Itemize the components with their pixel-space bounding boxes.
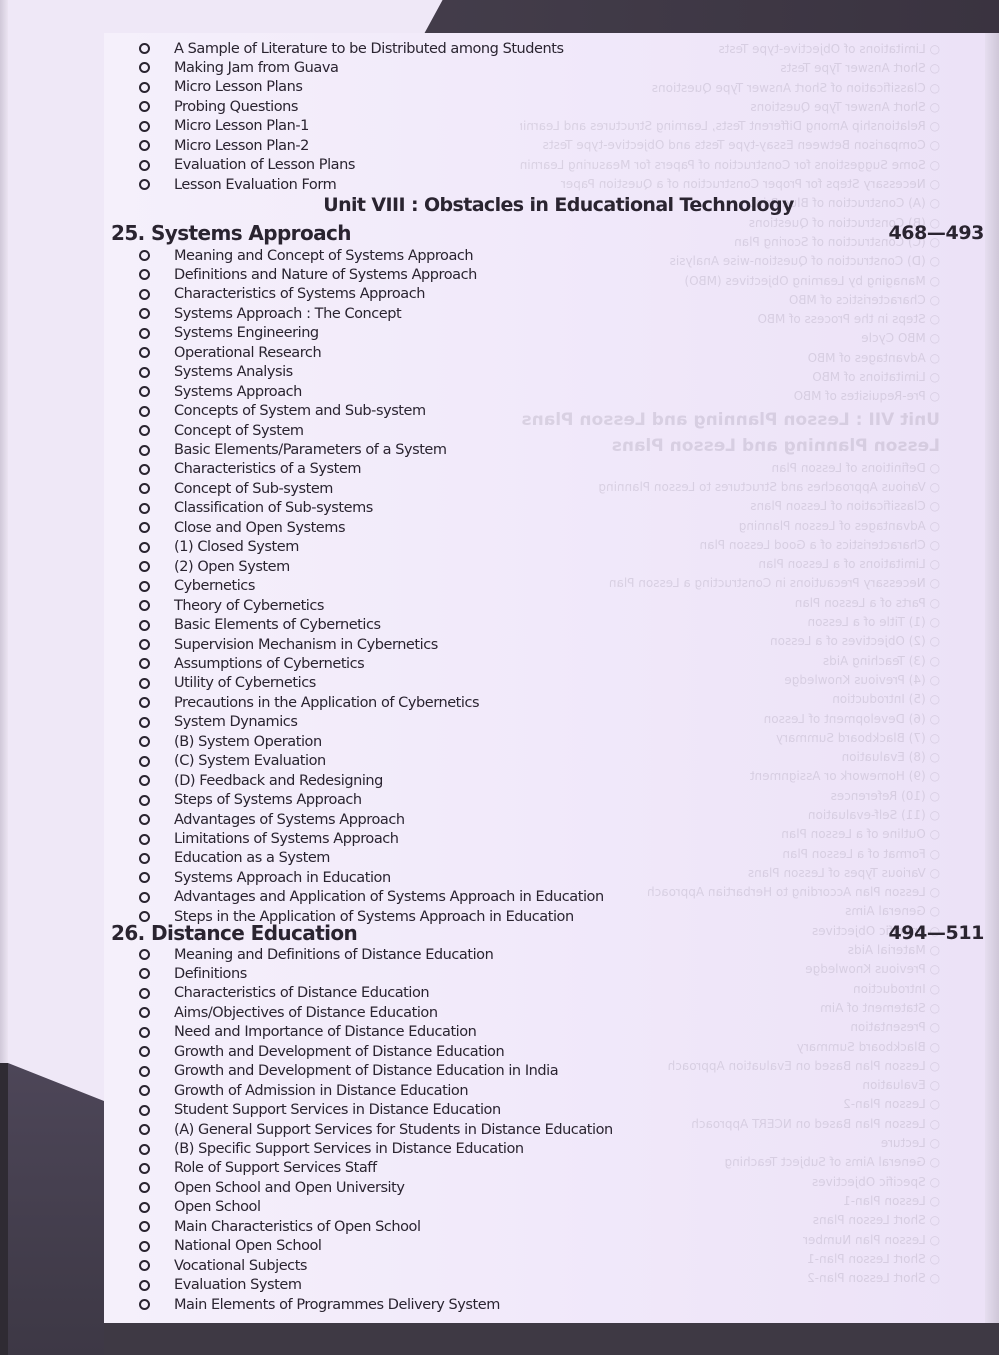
toc-entry: Micro Lesson Plans <box>139 78 302 97</box>
circle-bullet-icon <box>139 1105 150 1116</box>
toc-entry-label: Advantages and Application of Systems Ap… <box>174 889 604 905</box>
toc-entry: Meaning and Concept of Systems Approach <box>139 246 473 265</box>
toc-entry: Systems Approach <box>139 382 302 401</box>
circle-bullet-icon <box>139 289 150 300</box>
toc-entry: Concept of System <box>139 421 304 440</box>
toc-entry: Growth and Development of Distance Educa… <box>139 1062 558 1081</box>
toc-entry: A Sample of Literature to be Distributed… <box>139 39 564 58</box>
toc-entry: Operational Research <box>139 343 321 362</box>
circle-bullet-icon <box>139 600 150 611</box>
toc-entry: Evaluation of Lesson Plans <box>139 156 355 175</box>
toc-entry-label: Concept of System <box>174 423 304 439</box>
circle-bullet-icon <box>139 308 150 319</box>
toc-entry: Meaning and Definitions of Distance Educ… <box>139 945 493 964</box>
circle-bullet-icon <box>139 581 150 592</box>
toc-entry-label: Growth of Admission in Distance Educatio… <box>174 1083 468 1099</box>
circle-bullet-icon <box>139 62 150 73</box>
toc-entry-label: Micro Lesson Plan-1 <box>174 118 309 134</box>
toc-entry-label: Basic Elements of Cybernetics <box>174 617 381 633</box>
toc-entry: Definitions and Nature of Systems Approa… <box>139 265 477 284</box>
toc-entry-label: Open School and Open University <box>174 1180 405 1196</box>
toc-entry-label: Need and Importance of Distance Educatio… <box>174 1024 476 1040</box>
toc-entry: Supervision Mechanism in Cybernetics <box>139 635 438 654</box>
toc-entry: (B) Specific Support Services in Distanc… <box>139 1140 524 1159</box>
toc-entry-label: Concept of Sub-system <box>174 481 333 497</box>
toc-entry: Systems Engineering <box>139 324 319 343</box>
toc-entry: (2) Open System <box>139 557 290 576</box>
toc-entry: Growth and Development of Distance Educa… <box>139 1042 504 1061</box>
circle-bullet-icon <box>139 814 150 825</box>
toc-entry: Student Support Services in Distance Edu… <box>139 1101 501 1120</box>
circle-bullet-icon <box>139 1027 150 1038</box>
toc-entry: Basic Elements/Parameters of a System <box>139 441 447 460</box>
table-of-contents: Unit VIII : Obstacles in Educational Tec… <box>0 0 999 1355</box>
circle-bullet-icon <box>139 1280 150 1291</box>
circle-bullet-icon <box>139 503 150 514</box>
toc-entry-label: Precautions in the Application of Cybern… <box>174 695 479 711</box>
circle-bullet-icon <box>139 347 150 358</box>
circle-bullet-icon <box>139 140 150 151</box>
circle-bullet-icon <box>139 620 150 631</box>
toc-entry: Steps of Systems Approach <box>139 791 362 810</box>
circle-bullet-icon <box>139 179 150 190</box>
circle-bullet-icon <box>139 483 150 494</box>
toc-entry-label: Systems Approach in Education <box>174 870 391 886</box>
toc-entry: Characteristics of a System <box>139 460 361 479</box>
toc-entry: Main Characteristics of Open School <box>139 1217 421 1236</box>
circle-bullet-icon <box>139 386 150 397</box>
toc-entry: Assumptions of Cybernetics <box>139 654 364 673</box>
circle-bullet-icon <box>139 1007 150 1018</box>
circle-bullet-icon <box>139 425 150 436</box>
toc-entry: (C) System Evaluation <box>139 752 326 771</box>
circle-bullet-icon <box>139 82 150 93</box>
toc-entry-label: Cybernetics <box>174 578 255 594</box>
circle-bullet-icon <box>139 1066 150 1077</box>
circle-bullet-icon <box>139 678 150 689</box>
circle-bullet-icon <box>139 1260 150 1271</box>
circle-bullet-icon <box>139 464 150 475</box>
toc-entry: Systems Analysis <box>139 363 293 382</box>
toc-entry-label: Definitions <box>174 966 247 982</box>
toc-entry-label: Characteristics of Distance Education <box>174 985 429 1001</box>
circle-bullet-icon <box>139 445 150 456</box>
toc-entry: Close and Open Systems <box>139 518 345 537</box>
circle-bullet-icon <box>139 988 150 999</box>
toc-entry: Systems Approach in Education <box>139 868 391 887</box>
circle-bullet-icon <box>139 367 150 378</box>
toc-entry-label: Systems Engineering <box>174 325 319 341</box>
toc-entry: Precautions in the Application of Cybern… <box>139 693 479 712</box>
circle-bullet-icon <box>139 1221 150 1232</box>
circle-bullet-icon <box>139 542 150 553</box>
toc-entry: Characteristics of Distance Education <box>139 984 429 1003</box>
toc-entry: Concepts of System and Sub-system <box>139 402 426 421</box>
toc-entry-label: Characteristics of a System <box>174 461 361 477</box>
circle-bullet-icon <box>139 795 150 806</box>
toc-entry: Advantages of Systems Approach <box>139 810 405 829</box>
toc-entry-label: Definitions and Nature of Systems Approa… <box>174 267 477 283</box>
toc-entry-label: Micro Lesson Plans <box>174 79 302 95</box>
toc-entry: Cybernetics <box>139 577 255 596</box>
circle-bullet-icon <box>139 160 150 171</box>
toc-entry-label: Student Support Services in Distance Edu… <box>174 1102 501 1118</box>
circle-bullet-icon <box>139 1046 150 1057</box>
circle-bullet-icon <box>139 834 150 845</box>
circle-bullet-icon <box>139 892 150 903</box>
toc-entry-label: Micro Lesson Plan-2 <box>174 138 309 154</box>
circle-bullet-icon <box>139 949 150 960</box>
circle-bullet-icon <box>139 406 150 417</box>
toc-entry-label: Probing Questions <box>174 99 298 115</box>
toc-entry-label: Utility of Cybernetics <box>174 675 316 691</box>
circle-bullet-icon <box>139 1299 150 1310</box>
toc-entry-label: (B) System Operation <box>174 734 322 750</box>
circle-bullet-icon <box>139 121 150 132</box>
circle-bullet-icon <box>139 250 150 261</box>
toc-entry: Vocational Subjects <box>139 1256 307 1275</box>
toc-entry: Theory of Cybernetics <box>139 596 324 615</box>
toc-entry-label: A Sample of Literature to be Distributed… <box>174 41 564 57</box>
chapter-title: 26. Distance Education <box>111 921 357 947</box>
toc-entry: Open School and Open University <box>139 1178 405 1197</box>
toc-entry: National Open School <box>139 1237 322 1256</box>
circle-bullet-icon <box>139 717 150 728</box>
circle-bullet-icon <box>139 639 150 650</box>
toc-entry-label: Meaning and Concept of Systems Approach <box>174 248 473 264</box>
circle-bullet-icon <box>139 968 150 979</box>
toc-entry: Making Jam from Guava <box>139 58 338 77</box>
circle-bullet-icon <box>139 1163 150 1174</box>
toc-entry: Micro Lesson Plan-2 <box>139 136 309 155</box>
circle-bullet-icon <box>139 1202 150 1213</box>
toc-entry-label: Limitations of Systems Approach <box>174 831 399 847</box>
chapter-page-range: 494—511 <box>888 922 984 948</box>
toc-entry-label: System Dynamics <box>174 714 297 730</box>
circle-bullet-icon <box>139 328 150 339</box>
circle-bullet-icon <box>139 853 150 864</box>
toc-entry: Advantages and Application of Systems Ap… <box>139 888 604 907</box>
toc-entry-label: Main Characteristics of Open School <box>174 1219 421 1235</box>
toc-entry-label: Education as a System <box>174 850 330 866</box>
toc-entry: (D) Feedback and Redesigning <box>139 771 383 790</box>
toc-entry: (1) Closed System <box>139 538 299 557</box>
toc-entry: Education as a System <box>139 849 330 868</box>
toc-entry: Concept of Sub-system <box>139 479 333 498</box>
circle-bullet-icon <box>139 872 150 883</box>
toc-entry-label: Steps of Systems Approach <box>174 792 362 808</box>
toc-entry-label: Supervision Mechanism in Cybernetics <box>174 637 438 653</box>
toc-entry-label: Advantages of Systems Approach <box>174 812 405 828</box>
toc-entry-label: (2) Open System <box>174 559 290 575</box>
toc-entry-label: Classification of Sub-systems <box>174 500 373 516</box>
toc-entry: Evaluation System <box>139 1276 302 1295</box>
circle-bullet-icon <box>139 775 150 786</box>
toc-entry-label: (1) Closed System <box>174 539 299 555</box>
toc-entry-label: Evaluation System <box>174 1277 302 1293</box>
toc-entry: (B) System Operation <box>139 732 322 751</box>
circle-bullet-icon <box>139 1144 150 1155</box>
toc-entry-label: Operational Research <box>174 345 321 361</box>
circle-bullet-icon <box>139 43 150 54</box>
toc-entry: Lesson Evaluation Form <box>139 175 336 194</box>
toc-entry-label: Meaning and Definitions of Distance Educ… <box>174 947 493 963</box>
toc-entry: Need and Importance of Distance Educatio… <box>139 1023 476 1042</box>
toc-entry-label: Concepts of System and Sub-system <box>174 403 426 419</box>
toc-entry-label: Systems Approach : The Concept <box>174 306 401 322</box>
toc-entry-label: Role of Support Services Staff <box>174 1160 377 1176</box>
circle-bullet-icon <box>139 1085 150 1096</box>
circle-bullet-icon <box>139 756 150 767</box>
toc-entry: Role of Support Services Staff <box>139 1159 377 1178</box>
toc-entry: Probing Questions <box>139 97 298 116</box>
toc-entry-label: Characteristics of Systems Approach <box>174 286 425 302</box>
circle-bullet-icon <box>139 1124 150 1135</box>
toc-entry-label: Open School <box>174 1199 261 1215</box>
chapter-page-range: 468—493 <box>888 222 984 248</box>
toc-entry: Definitions <box>139 964 247 983</box>
toc-entry-label: Growth and Development of Distance Educa… <box>174 1044 504 1060</box>
toc-entry-label: Growth and Development of Distance Educa… <box>174 1063 558 1079</box>
toc-entry: System Dynamics <box>139 713 297 732</box>
circle-bullet-icon <box>139 736 150 747</box>
circle-bullet-icon <box>139 1182 150 1193</box>
toc-entry-label: Aims/Objectives of Distance Education <box>174 1005 438 1021</box>
toc-entry-label: Making Jam from Guava <box>174 60 338 76</box>
toc-entry-label: Vocational Subjects <box>174 1258 307 1274</box>
toc-entry-label: Close and Open Systems <box>174 520 345 536</box>
toc-entry: Limitations of Systems Approach <box>139 830 399 849</box>
toc-entry-label: (C) System Evaluation <box>174 753 326 769</box>
toc-entry: Micro Lesson Plan-1 <box>139 117 309 136</box>
toc-entry: Utility of Cybernetics <box>139 674 316 693</box>
toc-entry: Systems Approach : The Concept <box>139 304 401 323</box>
circle-bullet-icon <box>139 522 150 533</box>
toc-entry-label: Lesson Evaluation Form <box>174 177 336 193</box>
unit-heading: Unit VIII : Obstacles in Educational Tec… <box>0 194 999 220</box>
toc-entry: Growth of Admission in Distance Educatio… <box>139 1081 468 1100</box>
circle-bullet-icon <box>139 269 150 280</box>
toc-entry: Main Elements of Programmes Delivery Sys… <box>139 1295 500 1314</box>
chapter-title: 25. Systems Approach <box>111 221 351 247</box>
toc-entry-label: Theory of Cybernetics <box>174 598 324 614</box>
toc-entry-label: (B) Specific Support Services in Distanc… <box>174 1141 524 1157</box>
circle-bullet-icon <box>139 101 150 112</box>
toc-entry: Classification of Sub-systems <box>139 499 373 518</box>
circle-bullet-icon <box>139 697 150 708</box>
toc-entry: (A) General Support Services for Student… <box>139 1120 613 1139</box>
toc-entry-label: Basic Elements/Parameters of a System <box>174 442 447 458</box>
toc-entry-label: Systems Approach <box>174 384 302 400</box>
toc-entry-label: Evaluation of Lesson Plans <box>174 157 355 173</box>
toc-entry-label: (D) Feedback and Redesigning <box>174 773 383 789</box>
toc-entry: Open School <box>139 1198 261 1217</box>
toc-entry: Aims/Objectives of Distance Education <box>139 1003 438 1022</box>
toc-entry-label: Assumptions of Cybernetics <box>174 656 364 672</box>
toc-entry-label: Main Elements of Programmes Delivery Sys… <box>174 1297 500 1313</box>
toc-entry-label: (A) General Support Services for Student… <box>174 1122 613 1138</box>
toc-entry-label: National Open School <box>174 1238 322 1254</box>
circle-bullet-icon <box>139 561 150 572</box>
toc-entry: Characteristics of Systems Approach <box>139 285 425 304</box>
circle-bullet-icon <box>139 1241 150 1252</box>
toc-entry: Basic Elements of Cybernetics <box>139 616 381 635</box>
circle-bullet-icon <box>139 658 150 669</box>
toc-entry-label: Systems Analysis <box>174 364 293 380</box>
